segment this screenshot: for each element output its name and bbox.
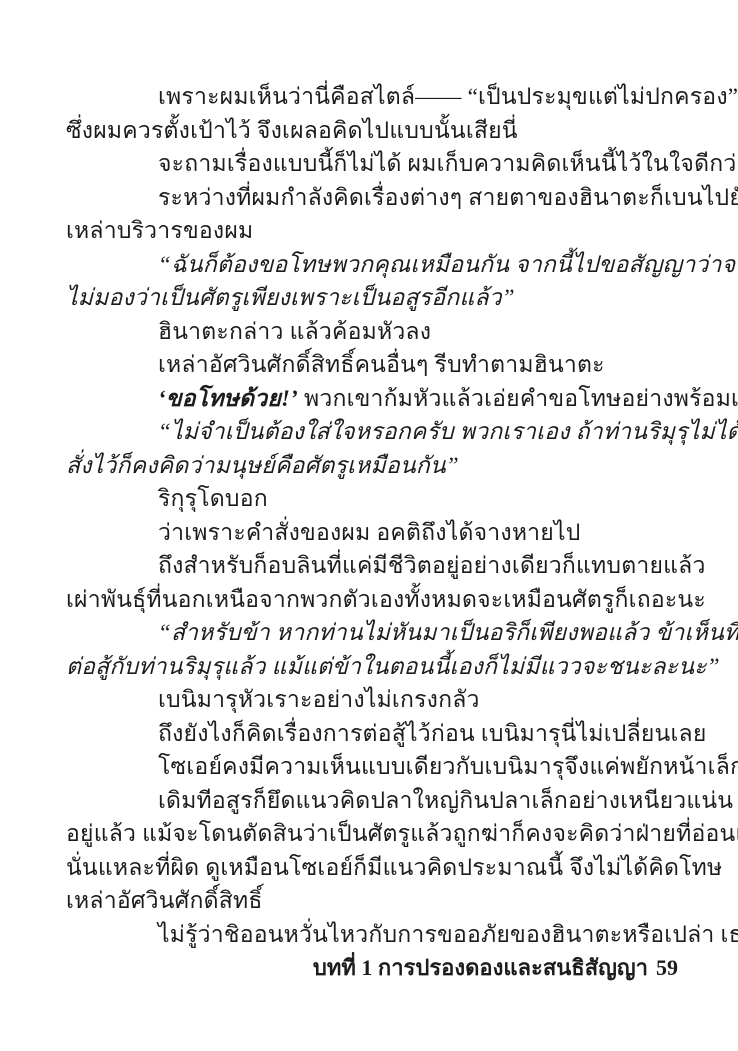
- text-line: อยู่แล้ว แม้จะโดนตัดสินว่าเป็นศัตรูแล้วถ…: [66, 817, 680, 851]
- text-segment: “ไม่จำเป็นต้องใส่ใจหรอกครับ พวกเราเอง ถ้…: [158, 419, 738, 444]
- footer-chapter-title: บทที่ 1 การปรองดองและสนธิสัญญา: [313, 955, 648, 980]
- text-line: สั่งไว้ก็คงคิดว่ามนุษย์คือศัตรูเหมือนกัน…: [66, 449, 680, 483]
- text-segment: “ฉันก็ต้องขอโทษพวกคุณเหมือนกัน จากนี้ไปข…: [158, 252, 738, 277]
- text-segment: สั่งไว้ก็คงคิดว่ามนุษย์คือศัตรูเหมือนกัน…: [66, 453, 459, 478]
- text-segment: ฮินาตะกล่าว แล้วค้อมหัวลง: [158, 319, 431, 344]
- body-text: เพราะผมเห็นว่านี่คือสไตล์—— “เป็นประมุขแ…: [66, 80, 680, 951]
- footer-page-number: 59: [656, 955, 678, 980]
- text-line: “สำหรับข้า หากท่านไม่หันมาเป็นอริก็เพียง…: [66, 616, 680, 650]
- chapter-footer: บทที่ 1 การปรองดองและสนธิสัญญา59: [313, 951, 678, 984]
- text-segment: ริกุรุโดบอก: [158, 486, 268, 511]
- text-segment: โซเอย์คงมีความเห็นแบบเดียวกับเบนิมารุจึง…: [158, 754, 738, 779]
- text-segment: จะถามเรื่องแบบนี้ก็ไม่ได้ ผมเก็บความคิดเ…: [158, 151, 738, 176]
- text-segment: “สำหรับข้า หากท่านไม่หันมาเป็นอริก็เพียง…: [158, 620, 738, 645]
- text-line: เผ่าพันธุ์ที่นอกเหนือจากพวกตัวเองทั้งหมด…: [66, 583, 680, 617]
- text-line: โซเอย์คงมีความเห็นแบบเดียวกับเบนิมารุจึง…: [66, 750, 680, 784]
- text-segment: เหล่าบริวารของผม: [66, 218, 253, 243]
- text-line: “ฉันก็ต้องขอโทษพวกคุณเหมือนกัน จากนี้ไปข…: [66, 248, 680, 282]
- text-line: นั่นแหละที่ผิด ดูเหมือนโซเอย์ก็มีแนวคิดป…: [66, 851, 680, 885]
- text-segment: ระหว่างที่ผมกำลังคิดเรื่องต่างๆ สายตาของ…: [158, 185, 738, 210]
- text-line: เหล่าอัศวินศักดิ์สิทธิ์คนอื่นๆ รีบทำตามฮ…: [66, 348, 680, 382]
- text-line: ถึงสำหรับก็อบลินที่แค่มีชีวิตอยู่อย่างเด…: [66, 549, 680, 583]
- text-segment: พวกเขาก้มหัวแล้วเอ่ยคำขอโทษอย่างพร้อมเพร…: [298, 386, 738, 411]
- text-line: เดิมทีอสูรก็ยึดแนวคิดปลาใหญ่กินปลาเล็กอย…: [66, 784, 680, 818]
- text-segment: อยู่แล้ว แม้จะโดนตัดสินว่าเป็นศัตรูแล้วถ…: [66, 821, 738, 846]
- text-segment: ต่อสู้กับท่านริมุรุแล้ว แม้แต่ข้าในตอนนี…: [66, 654, 720, 679]
- text-segment: ‘ขอโทษด้วย!’: [158, 386, 298, 411]
- text-segment: ซึ่งผมควรตั้งเป้าไว้ จึงเผลอคิดไปแบบนั้น…: [66, 118, 518, 143]
- text-segment: เดิมทีอสูรก็ยึดแนวคิดปลาใหญ่กินปลาเล็กอย…: [158, 788, 733, 813]
- text-segment: ไม่รู้ว่าชิออนหวั่นไหวกับการขออภัยของฮิน…: [158, 922, 738, 947]
- text-line: เพราะผมเห็นว่านี่คือสไตล์—— “เป็นประมุขแ…: [66, 80, 680, 114]
- text-segment: ถึงสำหรับก็อบลินที่แค่มีชีวิตอยู่อย่างเด…: [158, 553, 706, 578]
- text-line: เหล่าอัศวินศักดิ์สิทธิ์: [66, 884, 680, 918]
- text-segment: นั่นแหละที่ผิด ดูเหมือนโซเอย์ก็มีแนวคิดป…: [66, 855, 722, 880]
- text-line: ฮินาตะกล่าว แล้วค้อมหัวลง: [66, 315, 680, 349]
- text-line: ริกุรุโดบอก: [66, 482, 680, 516]
- text-segment: ไม่มองว่าเป็นศัตรูเพียงเพราะเป็นอสูรอีกแ…: [66, 285, 515, 310]
- text-line: เบนิมารุหัวเราะอย่างไม่เกรงกลัว: [66, 683, 680, 717]
- text-segment: เหล่าอัศวินศักดิ์สิทธิ์: [66, 888, 263, 913]
- text-line: ไม่รู้ว่าชิออนหวั่นไหวกับการขออภัยของฮิน…: [66, 918, 680, 952]
- text-segment: ถึงยังไงก็คิดเรื่องการต่อสู้ไว้ก่อน เบนิ…: [158, 721, 707, 746]
- text-line: “ไม่จำเป็นต้องใส่ใจหรอกครับ พวกเราเอง ถ้…: [66, 415, 680, 449]
- text-line: ‘ขอโทษด้วย!’ พวกเขาก้มหัวแล้วเอ่ยคำขอโทษ…: [66, 382, 680, 416]
- book-page: เพราะผมเห็นว่านี่คือสไตล์—— “เป็นประมุขแ…: [0, 0, 738, 1051]
- text-line: จะถามเรื่องแบบนี้ก็ไม่ได้ ผมเก็บความคิดเ…: [66, 147, 680, 181]
- text-segment: เผ่าพันธุ์ที่นอกเหนือจากพวกตัวเองทั้งหมด…: [66, 587, 706, 612]
- text-line: ถึงยังไงก็คิดเรื่องการต่อสู้ไว้ก่อน เบนิ…: [66, 717, 680, 751]
- text-segment: ว่าเพราะคำสั่งของผม อคติถึงได้จางหายไป: [158, 520, 581, 545]
- text-segment: เพราะผมเห็นว่านี่คือสไตล์—— “เป็นประมุขแ…: [158, 84, 738, 109]
- text-line: ต่อสู้กับท่านริมุรุแล้ว แม้แต่ข้าในตอนนี…: [66, 650, 680, 684]
- text-line: เหล่าบริวารของผม: [66, 214, 680, 248]
- text-line: ไม่มองว่าเป็นศัตรูเพียงเพราะเป็นอสูรอีกแ…: [66, 281, 680, 315]
- text-line: ว่าเพราะคำสั่งของผม อคติถึงได้จางหายไป: [66, 516, 680, 550]
- text-segment: เหล่าอัศวินศักดิ์สิทธิ์คนอื่นๆ รีบทำตามฮ…: [158, 352, 605, 377]
- text-segment: เบนิมารุหัวเราะอย่างไม่เกรงกลัว: [158, 687, 480, 712]
- text-line: ระหว่างที่ผมกำลังคิดเรื่องต่างๆ สายตาของ…: [66, 181, 680, 215]
- text-line: ซึ่งผมควรตั้งเป้าไว้ จึงเผลอคิดไปแบบนั้น…: [66, 114, 680, 148]
